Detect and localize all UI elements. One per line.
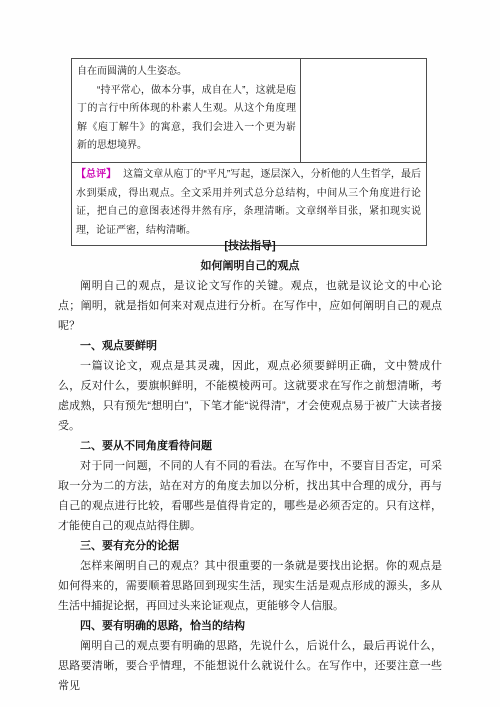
section-body-4: 阐明自己的观点要有明确的思路，先说什么，后说什么，最后再说什么，思路要清晰，要合… xyxy=(58,636,442,696)
essay-paragraph-continuation: 自在而圆满的人生姿态。 xyxy=(77,63,296,82)
guide-title: 如何阐明自己的观点 xyxy=(58,256,442,276)
document-page: 自在而圆满的人生姿态。 “持平常心，做本分事，成自在人”，这就是庖丁的言行中所体… xyxy=(0,0,500,707)
review-text: 这篇文章从庖丁的“平凡”写起，逐层深入，分析他的人生哲学，最后水到渠成，得出观点… xyxy=(76,169,421,236)
guide-intro: 阐明自己的观点，是议论文写作的关键。观点，也就是议论文的中心论点；阐明，就是指如… xyxy=(58,276,442,336)
essay-analysis-table: 自在而圆满的人生姿态。 “持平常心，做本分事，成自在人”，这就是庖丁的言行中所体… xyxy=(71,58,427,246)
section-body-1: 一篇议论文，观点是其灵魂，因此，观点必须要鲜明正确，文中赞成什么，反对什么，要旗… xyxy=(58,356,442,436)
table-row-review: 【总评】这篇文章从庖丁的“平凡”写起，逐层深入，分析他的人生哲学，最后水到渠成，… xyxy=(72,163,426,245)
empty-comment-cell xyxy=(301,59,426,162)
section-heading-1: 一、观点要鲜明 xyxy=(58,336,442,356)
section-body-2: 对于同一问题，不同的人有不同的看法。在写作中，不要盲目否定，可采取一分为二的方法… xyxy=(58,456,442,536)
section-body-3: 怎样来阐明自己的观点？其中很重要的一条就是要找出论据。你的观点是如何得来的，需要… xyxy=(58,556,442,616)
section-heading-3: 三、要有充分的论据 xyxy=(58,536,442,556)
technique-guide: [技法指导] 如何阐明自己的观点 阐明自己的观点，是议论文写作的关键。观点，也就… xyxy=(58,236,442,696)
section-heading-2: 二、要从不同角度看待问题 xyxy=(58,436,442,456)
essay-text-cell: 自在而圆满的人生姿态。 “持平常心，做本分事，成自在人”，这就是庖丁的言行中所体… xyxy=(72,59,301,162)
section-heading-4: 四、要有明确的思路，恰当的结构 xyxy=(58,616,442,636)
review-label: 【总评】 xyxy=(76,169,116,180)
essay-paragraph: “持平常心，做本分事，成自在人”，这就是庖丁的言行中所体现的朴素人生观。从这个角… xyxy=(77,82,296,156)
section-tag: [技法指导] xyxy=(58,236,442,256)
table-row-essay: 自在而圆满的人生姿态。 “持平常心，做本分事，成自在人”，这就是庖丁的言行中所体… xyxy=(72,59,426,163)
